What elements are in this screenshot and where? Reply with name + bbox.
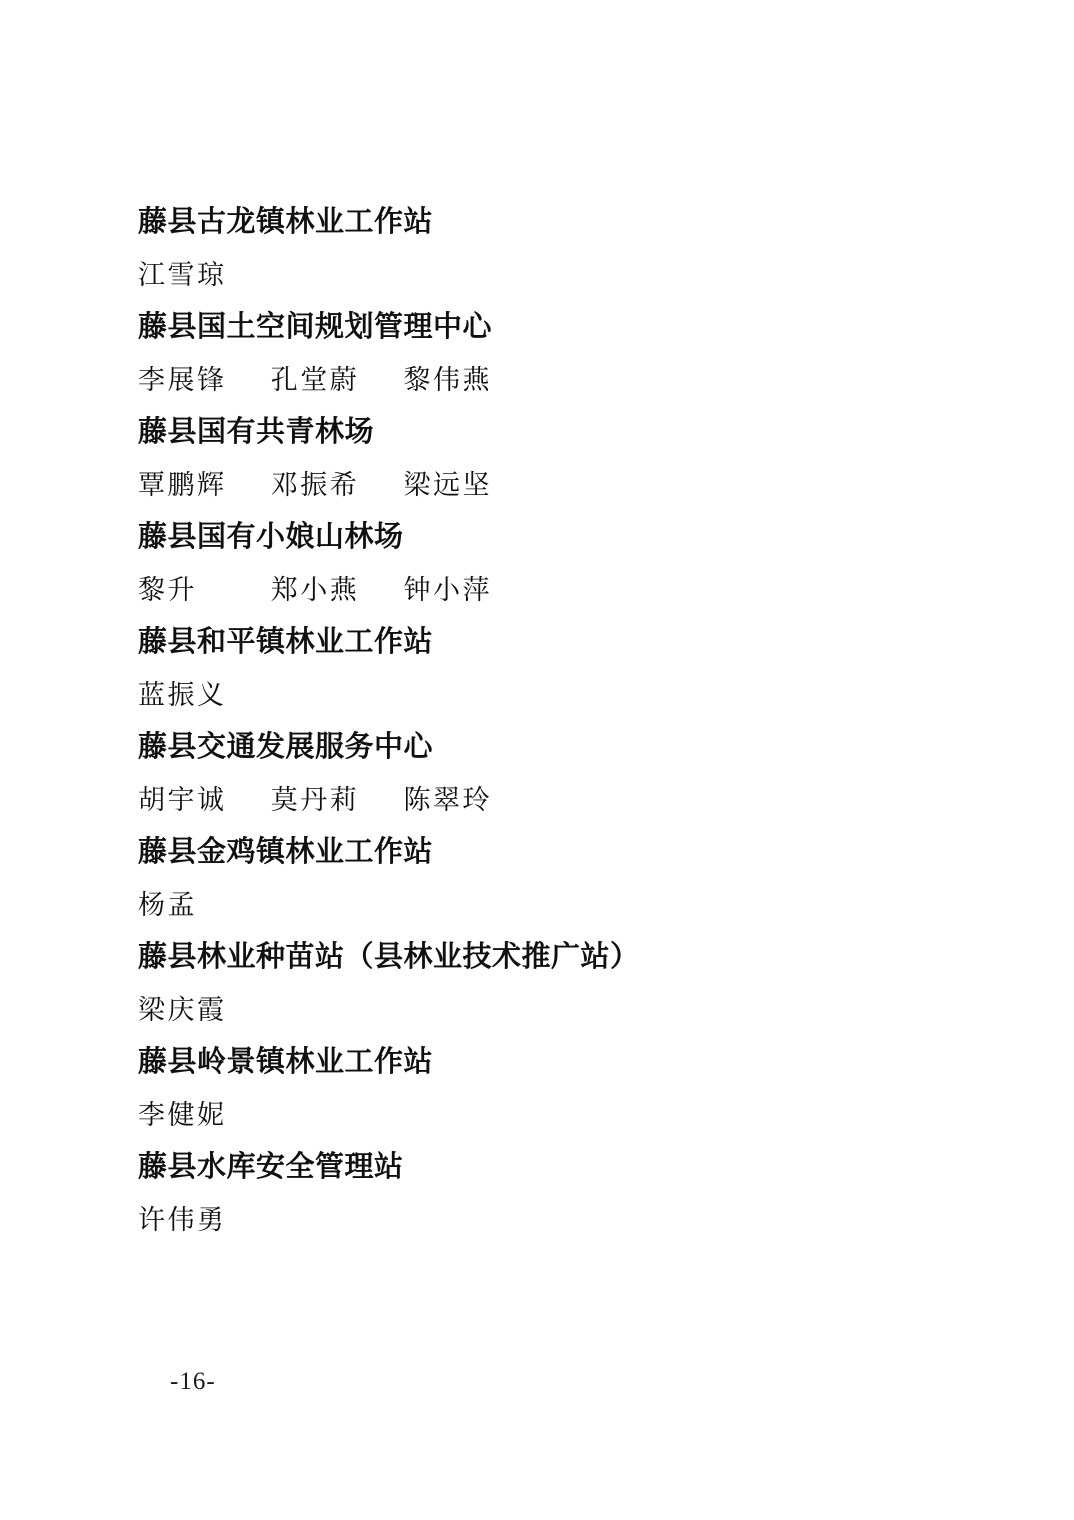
person-name: 钟小萍 bbox=[404, 564, 530, 617]
names-row: 李健妮 bbox=[138, 1089, 998, 1142]
page-number: -16- bbox=[170, 1368, 216, 1396]
org-title: 藤县国有共青林场 bbox=[138, 406, 998, 459]
org-title: 藤县岭景镇林业工作站 bbox=[138, 1036, 998, 1089]
person-name: 李展锋 bbox=[138, 354, 264, 407]
names-row: 江雪琼 bbox=[138, 249, 998, 302]
org-title: 藤县交通发展服务中心 bbox=[138, 721, 998, 774]
names-row: 覃鹏辉 邓振希 梁远坚 bbox=[138, 459, 998, 512]
names-row: 黎升 郑小燕 钟小萍 bbox=[138, 564, 998, 617]
person-name: 黎升 bbox=[138, 564, 264, 617]
org-title: 藤县国有小娘山林场 bbox=[138, 511, 998, 564]
person-name: 覃鹏辉 bbox=[138, 459, 264, 512]
names-row: 胡宇诚 莫丹莉 陈翠玲 bbox=[138, 774, 998, 827]
person-name: 邓振希 bbox=[271, 459, 397, 512]
person-name: 蓝振义 bbox=[138, 669, 264, 722]
org-title: 藤县古龙镇林业工作站 bbox=[138, 196, 998, 249]
person-name: 梁庆霞 bbox=[138, 984, 264, 1037]
person-name: 孔堂蔚 bbox=[271, 354, 397, 407]
names-row: 蓝振义 bbox=[138, 669, 998, 722]
names-row: 杨孟 bbox=[138, 879, 998, 932]
org-title: 藤县水库安全管理站 bbox=[138, 1141, 998, 1194]
document-content: 藤县古龙镇林业工作站 江雪琼 藤县国土空间规划管理中心 李展锋 孔堂蔚 黎伟燕 … bbox=[138, 196, 998, 1246]
person-name: 李健妮 bbox=[138, 1089, 264, 1142]
person-name: 黎伟燕 bbox=[404, 354, 530, 407]
person-name: 杨孟 bbox=[138, 879, 264, 932]
person-name: 胡宇诚 bbox=[138, 774, 264, 827]
person-name: 江雪琼 bbox=[138, 249, 264, 302]
person-name: 郑小燕 bbox=[271, 564, 397, 617]
names-row: 梁庆霞 bbox=[138, 984, 998, 1037]
person-name: 许伟勇 bbox=[138, 1194, 264, 1247]
org-title: 藤县林业种苗站（县林业技术推广站） bbox=[138, 931, 998, 984]
person-name: 莫丹莉 bbox=[271, 774, 397, 827]
person-name: 陈翠玲 bbox=[404, 774, 530, 827]
person-name: 梁远坚 bbox=[404, 459, 530, 512]
org-title: 藤县金鸡镇林业工作站 bbox=[138, 826, 998, 879]
document-page: 藤县古龙镇林业工作站 江雪琼 藤县国土空间规划管理中心 李展锋 孔堂蔚 黎伟燕 … bbox=[0, 0, 1074, 1520]
names-row: 许伟勇 bbox=[138, 1194, 998, 1247]
org-title: 藤县国土空间规划管理中心 bbox=[138, 301, 998, 354]
org-title: 藤县和平镇林业工作站 bbox=[138, 616, 998, 669]
names-row: 李展锋 孔堂蔚 黎伟燕 bbox=[138, 354, 998, 407]
